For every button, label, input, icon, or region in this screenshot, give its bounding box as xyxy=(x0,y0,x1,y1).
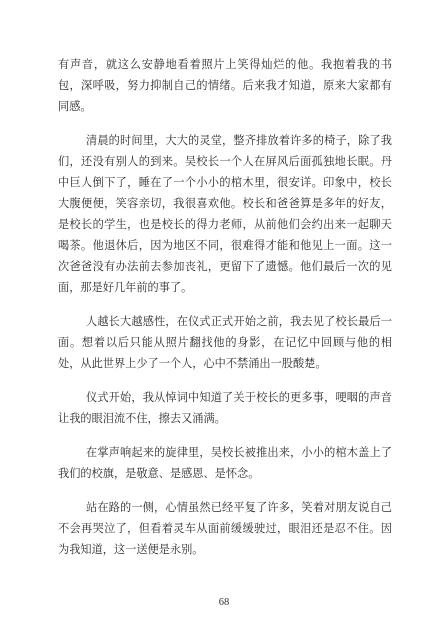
paragraph: 在掌声响起来的旋律里，吴校长被推出来，小小的棺木盖上了我们的校旗，是敬意、是感恩… xyxy=(58,443,392,485)
page-body: 有声音，就这么安静地看着照片上笑得灿烂的他。我抱着我的书包，深呼吸，努力抑制自己… xyxy=(58,55,392,574)
paragraph: 站在路的一侧，心情虽然已经平复了许多，笑着对朋友说自己不会再哭泣了，但看着灵车从… xyxy=(58,498,392,561)
page-number: 68 xyxy=(0,596,448,610)
paragraph: 人越长大越感性，在仪式正式开始之前，我去见了校长最后一面。想着以后只能从照片翻找… xyxy=(58,312,392,375)
paragraph: 清晨的时间里，大大的灵堂，整齐排放着许多的椅子，除了我们，还没有别人的到来。吴校… xyxy=(58,131,392,299)
paragraph: 有声音，就这么安静地看着照片上笑得灿烂的他。我抱着我的书包，深呼吸，努力抑制自己… xyxy=(58,55,392,118)
paragraph: 仪式开始，我从悼词中知道了关于校长的更多事，哽咽的声音让我的眼泪流不住，擦去又涌… xyxy=(58,388,392,430)
document-page: 有声音，就这么安静地看着照片上笑得灿烂的他。我抱着我的书包，深呼吸，努力抑制自己… xyxy=(0,0,448,640)
